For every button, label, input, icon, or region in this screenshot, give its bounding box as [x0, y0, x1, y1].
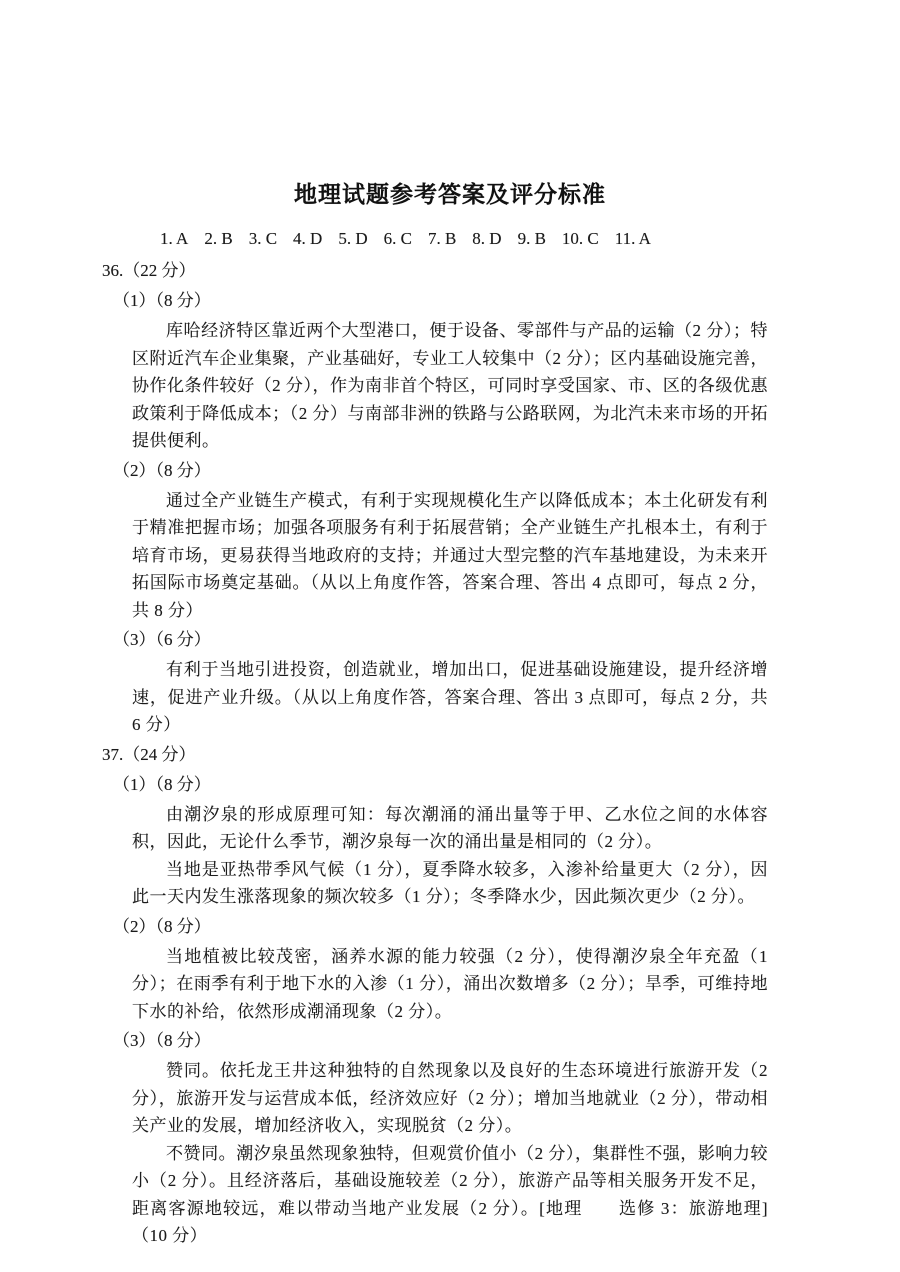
question-37-part-3: （3）（8 分） 赞同。依托龙王井这种独特的自然现象以及良好的生态环境进行旅游开…	[132, 1027, 768, 1250]
document-page: 地理试题参考答案及评分标准 1. A 2. B 3. C 4. D 5. D 6…	[0, 0, 900, 1272]
choice-answer: 5. D	[338, 229, 367, 249]
part-label: （1）（8 分）	[113, 287, 768, 315]
choice-answer: 6. C	[384, 229, 412, 249]
answer-paragraph: 由潮汐泉的形成原理可知：每次潮涌的涌出量等于甲、乙水位之间的水体容积，因此，无论…	[132, 801, 768, 856]
answer-paragraph: 库哈经济特区靠近两个大型港口，便于设备、零部件与产品的运输（2 分）；特区附近汽…	[132, 317, 768, 455]
choice-answer: 10. C	[562, 229, 599, 249]
question-37-heading: 37.（24 分）	[102, 741, 768, 769]
answer-paragraph: 当地植被比较茂密，涵养水源的能力较强（2 分），使得潮汐泉全年充盈（1 分）；在…	[132, 943, 768, 1026]
answer-paragraph: 有利于当地引进投资，创造就业，增加出口，促进基础设施建设，提升经济增速，促进产业…	[132, 656, 768, 739]
question-37-part-2: （2）（8 分） 当地植被比较茂密，涵养水源的能力较强（2 分），使得潮汐泉全年…	[132, 913, 768, 1026]
part-label: （1）（8 分）	[113, 771, 768, 799]
choice-answer: 1. A	[160, 229, 188, 249]
part-label: （3）（6 分）	[113, 626, 768, 654]
answer-paragraph: 当地是亚热带季风气候（1 分），夏季降水较多，入渗补给量更大（2 分），因此一天…	[132, 856, 768, 911]
answer-paragraph: 不赞同。潮汐泉虽然现象独特，但观赏价值小（2 分），集群性不强，影响力较小（2 …	[132, 1140, 768, 1250]
document-title: 地理试题参考答案及评分标准	[132, 176, 768, 209]
question-37-section: 37.（24 分） （1）（8 分） 由潮汐泉的形成原理可知：每次潮涌的涌出量等…	[132, 741, 768, 1250]
answer-paragraph: 通过全产业链生产模式，有利于实现规模化生产以降低成本；本土化研发有利于精准把握市…	[132, 487, 768, 625]
question-36-part-1: （1）（8 分） 库哈经济特区靠近两个大型港口，便于设备、零部件与产品的运输（2…	[132, 287, 768, 455]
choice-answers-row: 1. A 2. B 3. C 4. D 5. D 6. C 7. B 8. D …	[160, 229, 768, 249]
part-label: （3）（8 分）	[113, 1027, 768, 1055]
answer-paragraph: 赞同。依托龙王井这种独特的自然现象以及良好的生态环境进行旅游开发（2 分），旅游…	[132, 1057, 768, 1140]
choice-answer: 8. D	[472, 229, 501, 249]
choice-answer: 4. D	[293, 229, 322, 249]
question-36-section: 36.（22 分） （1）（8 分） 库哈经济特区靠近两个大型港口，便于设备、零…	[132, 257, 768, 739]
question-36-heading: 36.（22 分）	[102, 257, 768, 285]
choice-answer: 3. C	[249, 229, 277, 249]
choice-answer: 9. B	[518, 229, 546, 249]
part-label: （2）（8 分）	[113, 457, 768, 485]
question-37-part-1: （1）（8 分） 由潮汐泉的形成原理可知：每次潮涌的涌出量等于甲、乙水位之间的水…	[132, 771, 768, 911]
choice-answer: 2. B	[204, 229, 232, 249]
question-36-part-2: （2）（8 分） 通过全产业链生产模式，有利于实现规模化生产以降低成本；本土化研…	[132, 457, 768, 625]
choice-answer: 11. A	[615, 229, 651, 249]
question-36-part-3: （3）（6 分） 有利于当地引进投资，创造就业，增加出口，促进基础设施建设，提升…	[132, 626, 768, 739]
choice-answer: 7. B	[428, 229, 456, 249]
part-label: （2）（8 分）	[113, 913, 768, 941]
